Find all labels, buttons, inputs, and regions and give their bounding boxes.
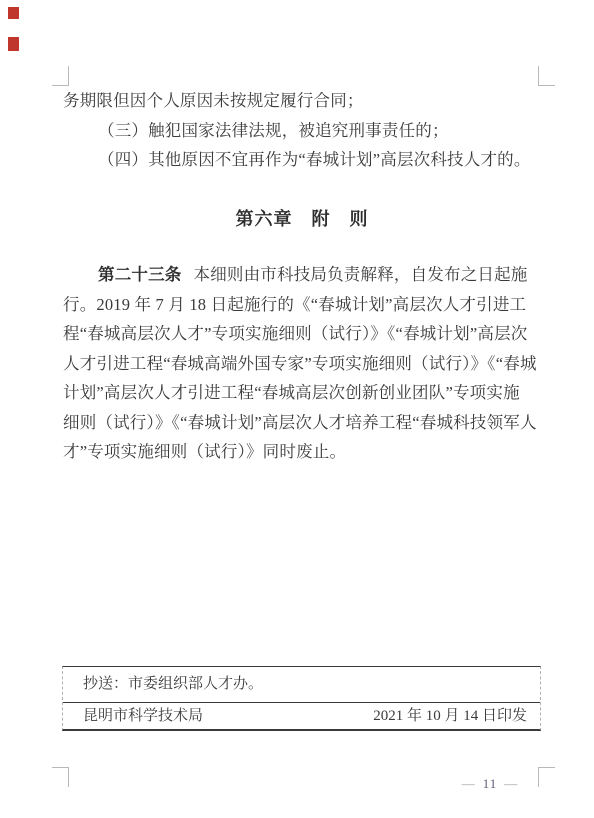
crop-mark-top-left-icon [52,66,69,86]
footer-record-table: 抄送：市委组织部人才办。 昆明市科学技术局 2021 年 10 月 14 日印发 [62,666,541,731]
article-line-5: 计划”高层次人才引进工程“春城高层次创新创业团队”专项实施 [63,378,541,408]
article-paragraph: 第二十三条本细则由市科技局负责解释，自发布之日起施 行。2019 年 7 月 1… [63,260,541,467]
crop-mark-bottom-right-icon [538,767,555,787]
intro-line-1: 务期限但因个人原因未按规定履行合同； [63,86,541,116]
page-number: —11— [448,776,532,792]
cc-text: 抄送：市委组织部人才办。 [83,676,263,692]
article-line-1: 第二十三条本细则由市科技局负责解释，自发布之日起施 [63,260,541,290]
crop-mark-top-right-icon [538,66,555,86]
article-line-1-text: 本细则由市科技局负责解释，自发布之日起施 [194,265,528,284]
crop-mark-bottom-left-icon [52,767,69,787]
intro-line-2: （三）触犯国家法律法规，被追究刑事责任的； [63,116,541,146]
page-number-value: 11 [483,776,498,791]
chapter-heading: 第六章 附 则 [63,204,541,234]
red-seal-mark-top [8,7,19,19]
article-line-6: 细则（试行）》《“春城计划”高层次人才培养工程“春城科技领军人 [63,408,541,438]
article-label: 第二十三条 [98,265,182,284]
page-number-left-dash: — [462,776,476,791]
intro-paragraph: 务期限但因个人原因未按规定履行合同； （三）触犯国家法律法规，被追究刑事责任的；… [63,86,541,175]
print-date-text: 2021 年 10 月 14 日印发 [373,703,527,729]
article-line-7: 才”专项实施细则（试行）》同时废止。 [63,437,541,467]
issuer-text: 昆明市科学技术局 [83,703,203,729]
issuer-row: 昆明市科学技术局 2021 年 10 月 14 日印发 [63,703,540,729]
article-line-2: 行。2019 年 7 月 18 日起施行的《“春城计划”高层次人才引进工 [63,290,541,320]
article-line-4: 人才引进工程“春城高端外国专家”专项实施细则（试行）》《“春城 [63,349,541,379]
cc-row: 抄送：市委组织部人才办。 [63,667,540,703]
article-line-3: 程“春城高层次人才”专项实施细则（试行）》《“春城计划”高层次 [63,319,541,349]
page-number-right-dash: — [504,776,518,791]
red-seal-mark-bottom [8,37,19,51]
document-page: { "colors": { "page_background": "#fffff… [0,0,594,818]
intro-line-3: （四）其他原因不宜再作为“春城计划”高层次科技人才的。 [63,145,541,175]
